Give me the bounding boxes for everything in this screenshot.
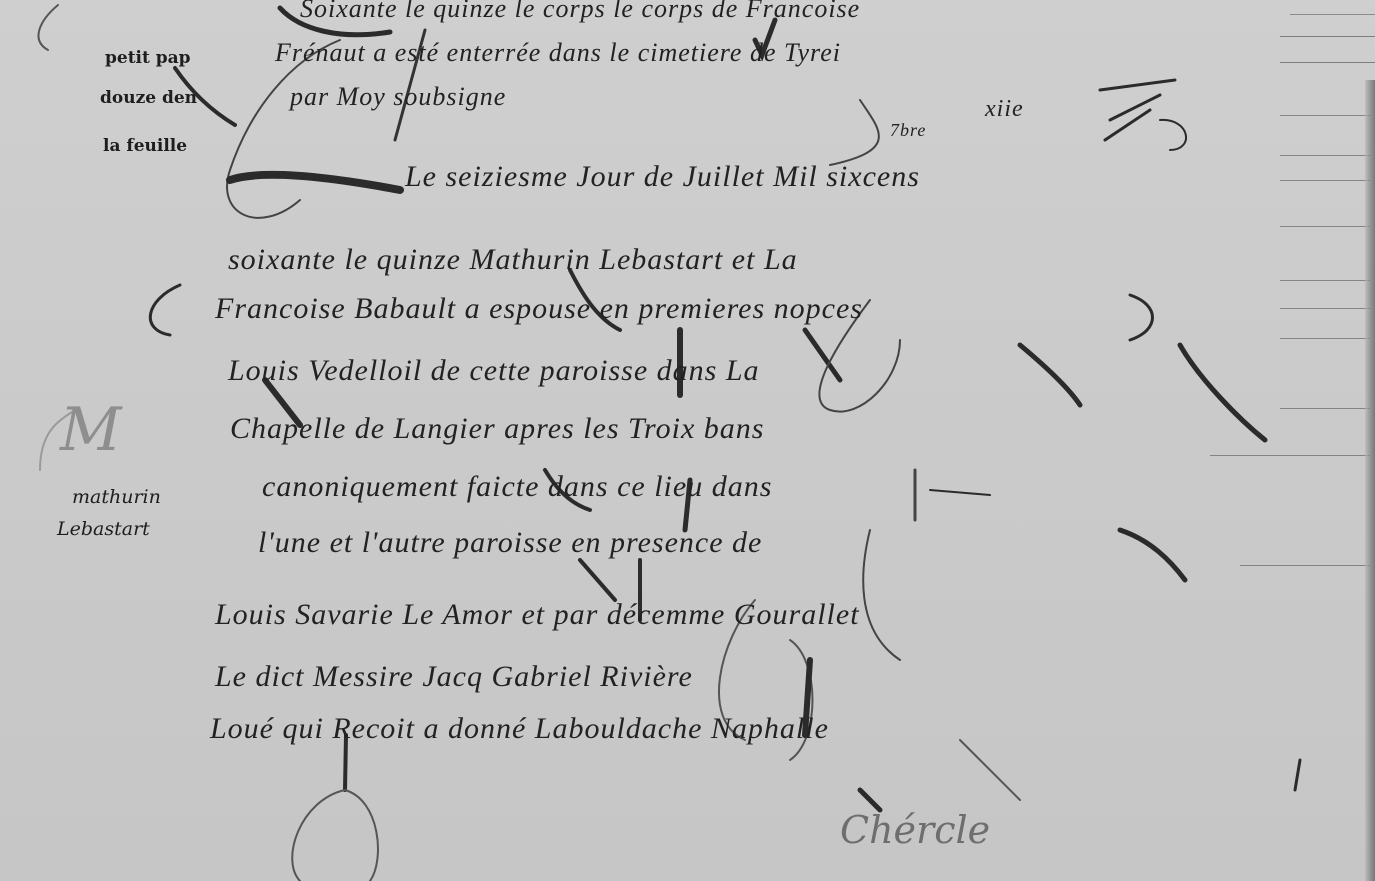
- margin-faint-initial: M: [60, 395, 121, 465]
- ruled-line: [1210, 455, 1370, 456]
- ruled-line: [1280, 115, 1370, 116]
- register-page: petit pap douze den la feuille Soixante …: [0, 0, 1375, 881]
- ruled-line: [1280, 180, 1370, 181]
- signature: Chércle: [840, 808, 990, 852]
- ruled-line: [1280, 408, 1370, 409]
- margin-note-petit-pap: petit pap: [105, 50, 191, 67]
- marriage-line-6: canoniquement faicte dans ce lieu dans: [262, 470, 772, 504]
- ruled-line: [1280, 226, 1370, 227]
- marriage-line-2: soixante le quinze Mathurin Lebastart et…: [228, 243, 798, 277]
- margin-note-mathurin: mathurin: [72, 488, 161, 507]
- ruled-line: [1280, 308, 1370, 309]
- burial-line-2: Frénaut a esté enterrée dans le cimetier…: [275, 38, 841, 68]
- ruled-line: [1280, 36, 1375, 37]
- ruled-line: [1280, 338, 1370, 339]
- ruled-line: [1290, 14, 1375, 15]
- insert-7bre: 7bre: [890, 120, 926, 141]
- ruled-line: [1280, 62, 1375, 63]
- marriage-line-9: Le dict Messire Jacq Gabriel Rivière: [215, 660, 693, 694]
- insert-xiie: xiie: [985, 96, 1024, 123]
- marriage-line-3: Francoise Babault a espouse en premieres…: [215, 292, 863, 326]
- marriage-line-4: Louis Vedelloil de cette paroisse dans L…: [228, 354, 760, 388]
- marriage-line-10: Loué qui Recoit a donné Labouldache Naph…: [210, 712, 829, 746]
- burial-line-1: Soixante le quinze le corps le corps de …: [300, 0, 860, 24]
- ruled-line: [1280, 155, 1370, 156]
- marriage-line-1: Le seiziesme Jour de Juillet Mil sixcens: [405, 160, 920, 194]
- ruled-line: [1240, 565, 1370, 566]
- margin-note-lebastart: Lebastart: [57, 520, 150, 539]
- margin-note-douze-den: douze den: [100, 90, 197, 107]
- margin-note-la-feuille: la feuille: [103, 138, 187, 155]
- marriage-line-7: l'une et l'autre paroisse en presence de: [258, 526, 762, 560]
- burial-line-3: par Moy soubsigne: [290, 82, 506, 112]
- marriage-line-8: Louis Savarie Le Amor et par décemme Gou…: [215, 598, 860, 632]
- binding-gutter-shadow: [1365, 80, 1375, 881]
- ruled-line: [1280, 280, 1370, 281]
- marriage-line-5: Chapelle de Langier apres les Troix bans: [230, 412, 764, 446]
